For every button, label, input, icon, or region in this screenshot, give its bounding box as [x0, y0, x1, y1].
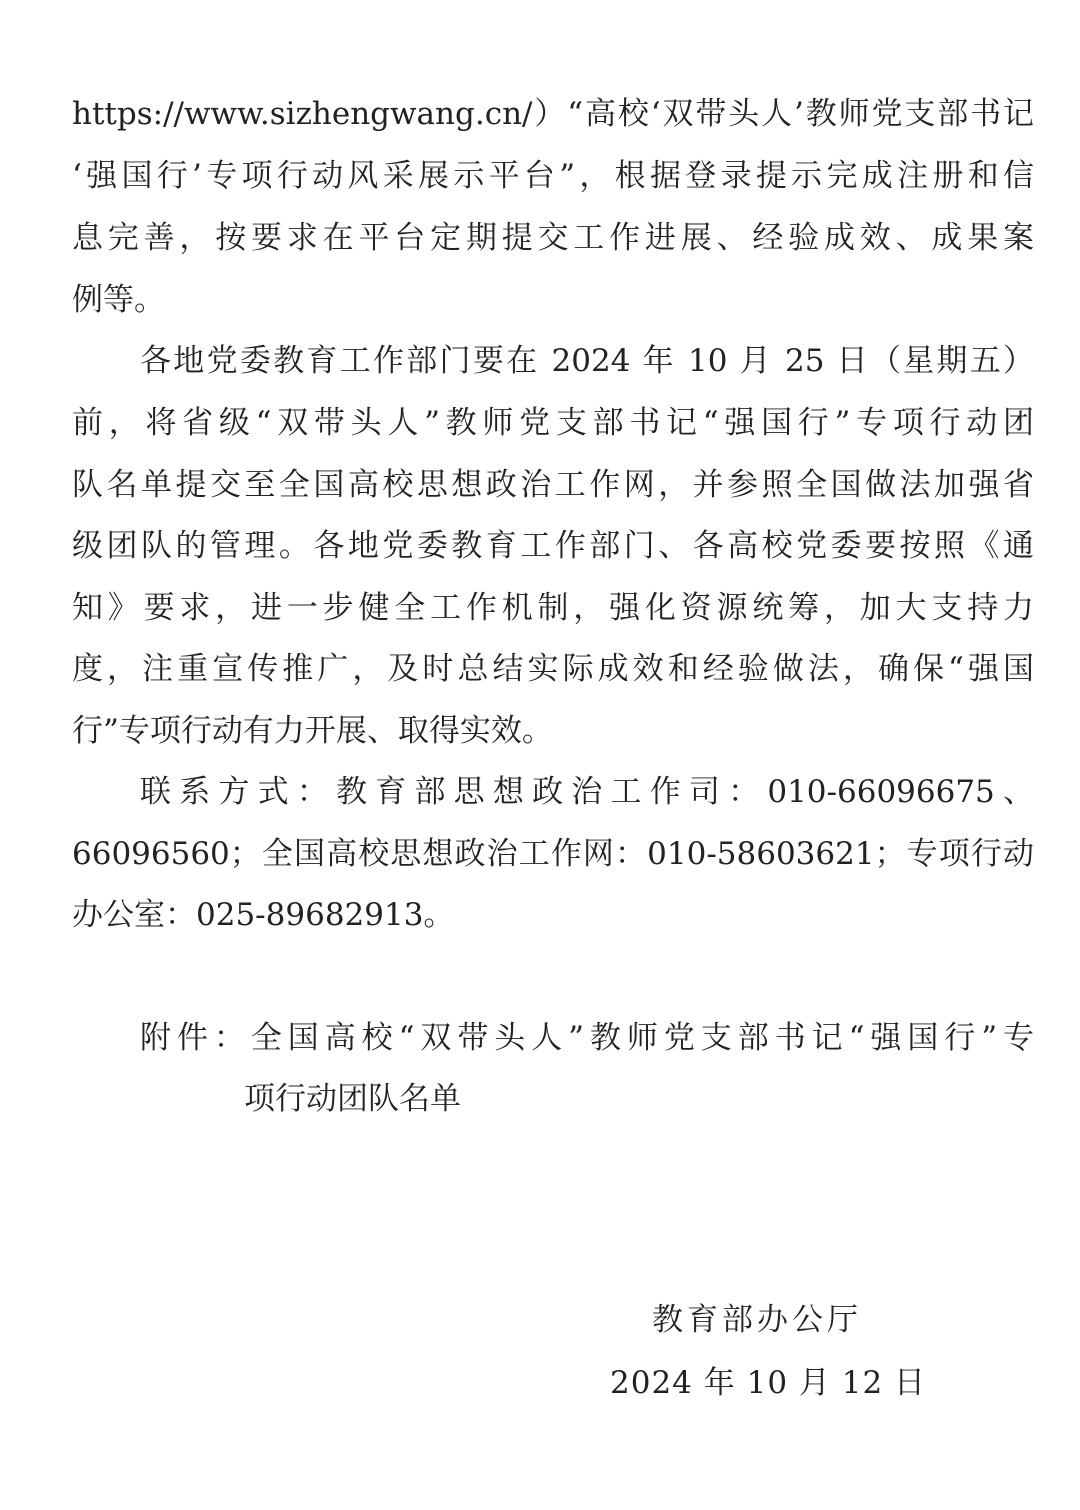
paragraph-2-line-6: 度，注重宣传推广，及时总结实际成效和经验做法，确保“强国	[72, 647, 1034, 691]
attachment-line-2: 项行动团队名单	[244, 1077, 1034, 1121]
contact-line-1: 联系方式：教育部思想政治工作司：010-66096675、	[140, 770, 1034, 814]
paragraph-2-line-4: 级团队的管理。各地党委教育工作部门、各高校党委要按照《通	[72, 524, 1034, 568]
paragraph-2-line-3: 队名单提交至全国高校思想政治工作网，并参照全国做法加强省	[72, 463, 1034, 507]
paragraph-2-line-1: 各地党委教育工作部门要在 2024 年 10 月 25 日（星期五）	[140, 339, 1034, 383]
paragraph-1-line-3: 息完善，按要求在平台定期提交工作进展、经验成效、成果案	[72, 216, 1034, 260]
contact-line-2: 66096560；全国高校思想政治工作网：010-58603621；专项行动	[72, 832, 1034, 876]
issue-date: 2024 年 10 月 12 日	[610, 1361, 926, 1405]
contact-line-3: 办公室：025-89682913。	[72, 893, 1034, 937]
paragraph-1-line-1: https://www.sizhengwang.cn/）“高校‘双带头人’教师党…	[72, 92, 1034, 136]
paragraph-1-line-4: 例等。	[72, 278, 1034, 322]
paragraph-1-line-2: ‘强国行’专项行动风采展示平台”，根据登录提示完成注册和信	[72, 154, 1034, 198]
document-page: https://www.sizhengwang.cn/）“高校‘双带头人’教师党…	[0, 0, 1080, 1510]
paragraph-2-line-2: 前，将省级“双带头人”教师党支部书记“强国行”专项行动团	[72, 401, 1034, 445]
paragraph-2-line-5: 知》要求，进一步健全工作机制，强化资源统筹，加大支持力	[72, 586, 1034, 630]
paragraph-2-line-7: 行”专项行动有力开展、取得实效。	[72, 709, 1034, 753]
issuer-name: 教育部办公厅	[652, 1298, 862, 1342]
attachment-line-1: 附件：全国高校“双带头人”教师党支部书记“强国行”专	[140, 1016, 1034, 1060]
